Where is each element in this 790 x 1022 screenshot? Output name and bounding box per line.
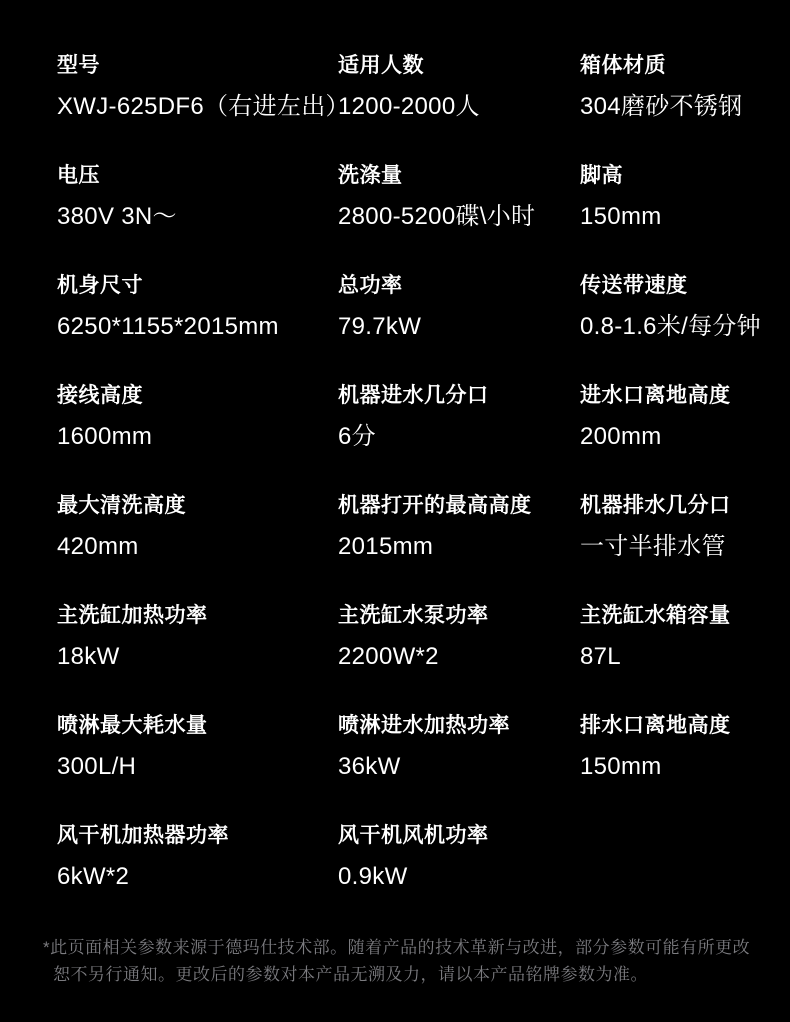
spec-value: 6250*1155*2015mm: [57, 311, 338, 343]
spec-value: 一寸半排水管: [580, 531, 780, 563]
spec-cell: 喷淋进水加热功率 36kW: [338, 710, 580, 784]
spec-cell: 洗涤量 2800-5200碟\小时: [338, 160, 580, 234]
spec-value: 200mm: [580, 421, 780, 453]
spec-label: 机器打开的最高高度: [338, 490, 580, 522]
spec-cell: 箱体材质 304磨砂不锈钢: [580, 50, 780, 124]
spec-label: 机身尺寸: [57, 270, 338, 302]
spec-cell: 机器排水几分口 一寸半排水管: [580, 490, 780, 564]
spec-label: 主洗缸水箱容量: [580, 600, 780, 632]
spec-label: 脚高: [580, 160, 780, 192]
spec-table: 型号 XWJ-625DF6（右进左出） 适用人数 1200-2000人 箱体材质…: [0, 0, 790, 930]
spec-sheet-page: { "page": { "background": "#000000", "te…: [0, 0, 790, 1022]
spec-label: 喷淋最大耗水量: [57, 710, 338, 742]
spec-value: 300L/H: [57, 751, 338, 783]
spec-value: 0.9kW: [338, 861, 580, 893]
spec-cell: 机器进水几分口 6分: [338, 380, 580, 454]
spec-value: 304磨砂不锈钢: [580, 91, 780, 123]
spec-cell: 传送带速度 0.8-1.6米/每分钟: [580, 270, 780, 344]
spec-label: 电压: [57, 160, 338, 192]
spec-cell: 风干机加热器功率 6kW*2: [57, 820, 338, 894]
spec-label: 传送带速度: [580, 270, 780, 302]
spec-cell: 主洗缸水泵功率 2200W*2: [338, 600, 580, 674]
spec-cell: 主洗缸水箱容量 87L: [580, 600, 780, 674]
spec-value: 2015mm: [338, 531, 580, 563]
spec-value: 1600mm: [57, 421, 338, 453]
spec-cell: 排水口离地高度 150mm: [580, 710, 780, 784]
spec-cell: 主洗缸加热功率 18kW: [57, 600, 338, 674]
spec-cell: 机器打开的最高高度 2015mm: [338, 490, 580, 564]
spec-value: 380V 3N～: [57, 201, 338, 233]
spec-label: 风干机加热器功率: [57, 820, 338, 852]
spec-label: 接线高度: [57, 380, 338, 412]
spec-value: 79.7kW: [338, 311, 580, 343]
spec-cell: 机身尺寸 6250*1155*2015mm: [57, 270, 338, 344]
spec-value: 1200-2000人: [338, 91, 580, 123]
spec-value: XWJ-625DF6（右进左出）: [57, 91, 338, 123]
spec-cell: 总功率 79.7kW: [338, 270, 580, 344]
spec-label: 进水口离地高度: [580, 380, 780, 412]
spec-cell: 脚高 150mm: [580, 160, 780, 234]
footnote-line: 恕不另行通知。更改后的参数对本产品无溯及力，请以本产品铭牌参数为准。: [53, 961, 790, 988]
spec-label: 排水口离地高度: [580, 710, 780, 742]
spec-label: 风干机风机功率: [338, 820, 580, 852]
spec-value: 36kW: [338, 751, 580, 783]
spec-label: 适用人数: [338, 50, 580, 82]
footnote-line: *此页面相关参数来源于德玛仕技术部。随着产品的技术革新与改进，部分参数可能有所更…: [43, 934, 790, 961]
spec-label: 机器排水几分口: [580, 490, 780, 522]
footnote: *此页面相关参数来源于德玛仕技术部。随着产品的技术革新与改进，部分参数可能有所更…: [0, 934, 790, 988]
spec-value: 6分: [338, 421, 580, 453]
spec-label: 洗涤量: [338, 160, 580, 192]
spec-cell: 最大清洗高度 420mm: [57, 490, 338, 564]
spec-label: 总功率: [338, 270, 580, 302]
spec-label: 主洗缸加热功率: [57, 600, 338, 632]
spec-cell: 喷淋最大耗水量 300L/H: [57, 710, 338, 784]
spec-value: 420mm: [57, 531, 338, 563]
spec-value: 150mm: [580, 751, 780, 783]
spec-label: 喷淋进水加热功率: [338, 710, 580, 742]
spec-value: 18kW: [57, 641, 338, 673]
spec-label: 箱体材质: [580, 50, 780, 82]
spec-value: 2200W*2: [338, 641, 580, 673]
spec-value: 87L: [580, 641, 780, 673]
spec-value: 0.8-1.6米/每分钟: [580, 311, 780, 343]
spec-label: 型号: [57, 50, 338, 82]
spec-label: 最大清洗高度: [57, 490, 338, 522]
spec-cell: 接线高度 1600mm: [57, 380, 338, 454]
spec-value: 2800-5200碟\小时: [338, 201, 580, 233]
spec-cell: 风干机风机功率 0.9kW: [338, 820, 580, 894]
spec-cell: 型号 XWJ-625DF6（右进左出）: [57, 50, 338, 124]
spec-value: 150mm: [580, 201, 780, 233]
spec-cell: 电压 380V 3N～: [57, 160, 338, 234]
spec-value: 6kW*2: [57, 861, 338, 893]
spec-label: 机器进水几分口: [338, 380, 580, 412]
spec-label: 主洗缸水泵功率: [338, 600, 580, 632]
spec-cell: 适用人数 1200-2000人: [338, 50, 580, 124]
spec-cell: 进水口离地高度 200mm: [580, 380, 780, 454]
